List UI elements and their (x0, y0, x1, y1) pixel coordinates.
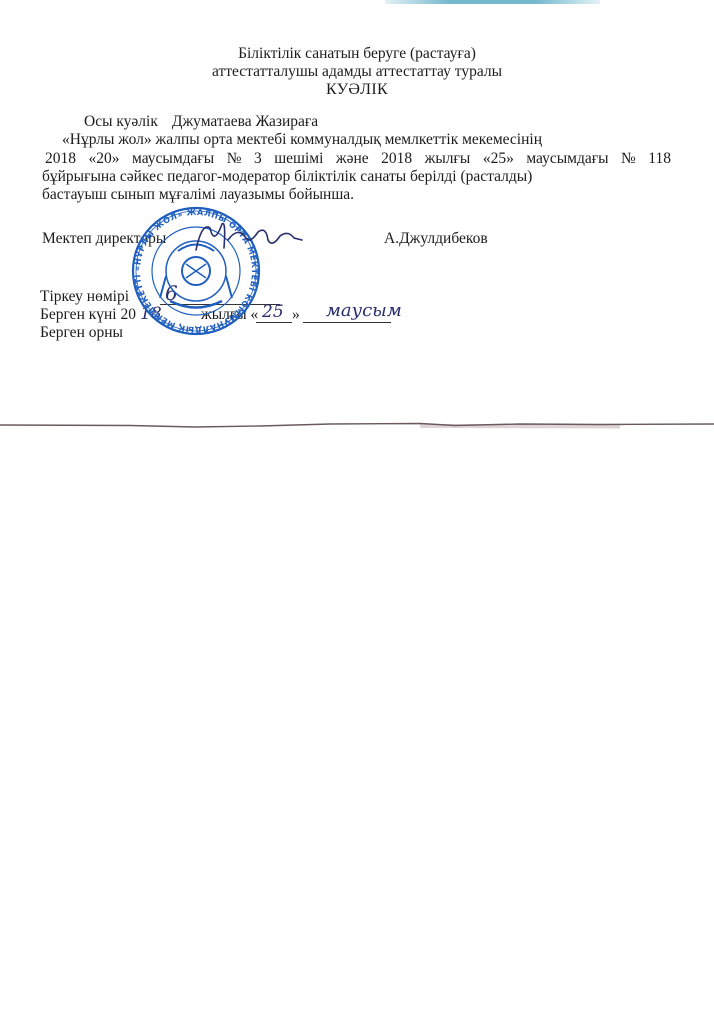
decision-word: «25» (483, 150, 514, 168)
paper-fold-line (0, 418, 714, 432)
issued-month: маусым (326, 302, 402, 320)
decision-word: шешімі (274, 150, 323, 168)
month-underline (303, 322, 391, 323)
issued-day-close: » (292, 306, 300, 324)
decision-word: № (621, 150, 636, 168)
certificate-page: Біліктілік санатын беруге (растауға) атт… (0, 0, 714, 1031)
header-line-2: аттестатталушы адамды аттестаттау туралы (0, 63, 714, 81)
decision-word: 2018 (381, 150, 412, 168)
position-line: бастауыш сынып мұғалімі лауазымы бойынша… (42, 186, 354, 204)
scan-edge-artifact (385, 0, 600, 4)
decision-word: 118 (648, 150, 671, 168)
recipient-name: Джуматаева Жазираға (172, 113, 318, 130)
document-title: КУӘЛІК (0, 81, 714, 99)
recipient-prefix: Осы куәлік (84, 113, 158, 130)
director-signature-icon (188, 218, 308, 258)
decision-word: жылғы (425, 150, 471, 168)
director-name: А.Джулдибеков (384, 230, 488, 248)
registration-label: Тіркеу нөмірі (40, 288, 129, 306)
decision-word: маусымдағы (526, 150, 608, 168)
order-line: бұйрығына сәйкес педагог-модератор білік… (42, 168, 532, 186)
header-line-1: Біліктілік санатын беруге (растауға) (0, 45, 714, 63)
issued-place-label: Берген орны (40, 324, 123, 342)
decision-word: 3 (254, 150, 262, 168)
decision-line: 2018«20»маусымдағы№3шешіміжәне2018жылғы«… (45, 150, 671, 168)
decision-word: және (336, 150, 369, 168)
decision-word: маусымдағы (132, 150, 214, 168)
decision-word: 2018 (45, 150, 76, 168)
decision-word: № (227, 150, 242, 168)
organization-line: «Нұрлы жол» жалпы орта мектебі коммуналд… (62, 131, 542, 149)
decision-word: «20» (89, 150, 120, 168)
recipient-line: Осы куәлікДжуматаева Жазираға (84, 113, 318, 131)
